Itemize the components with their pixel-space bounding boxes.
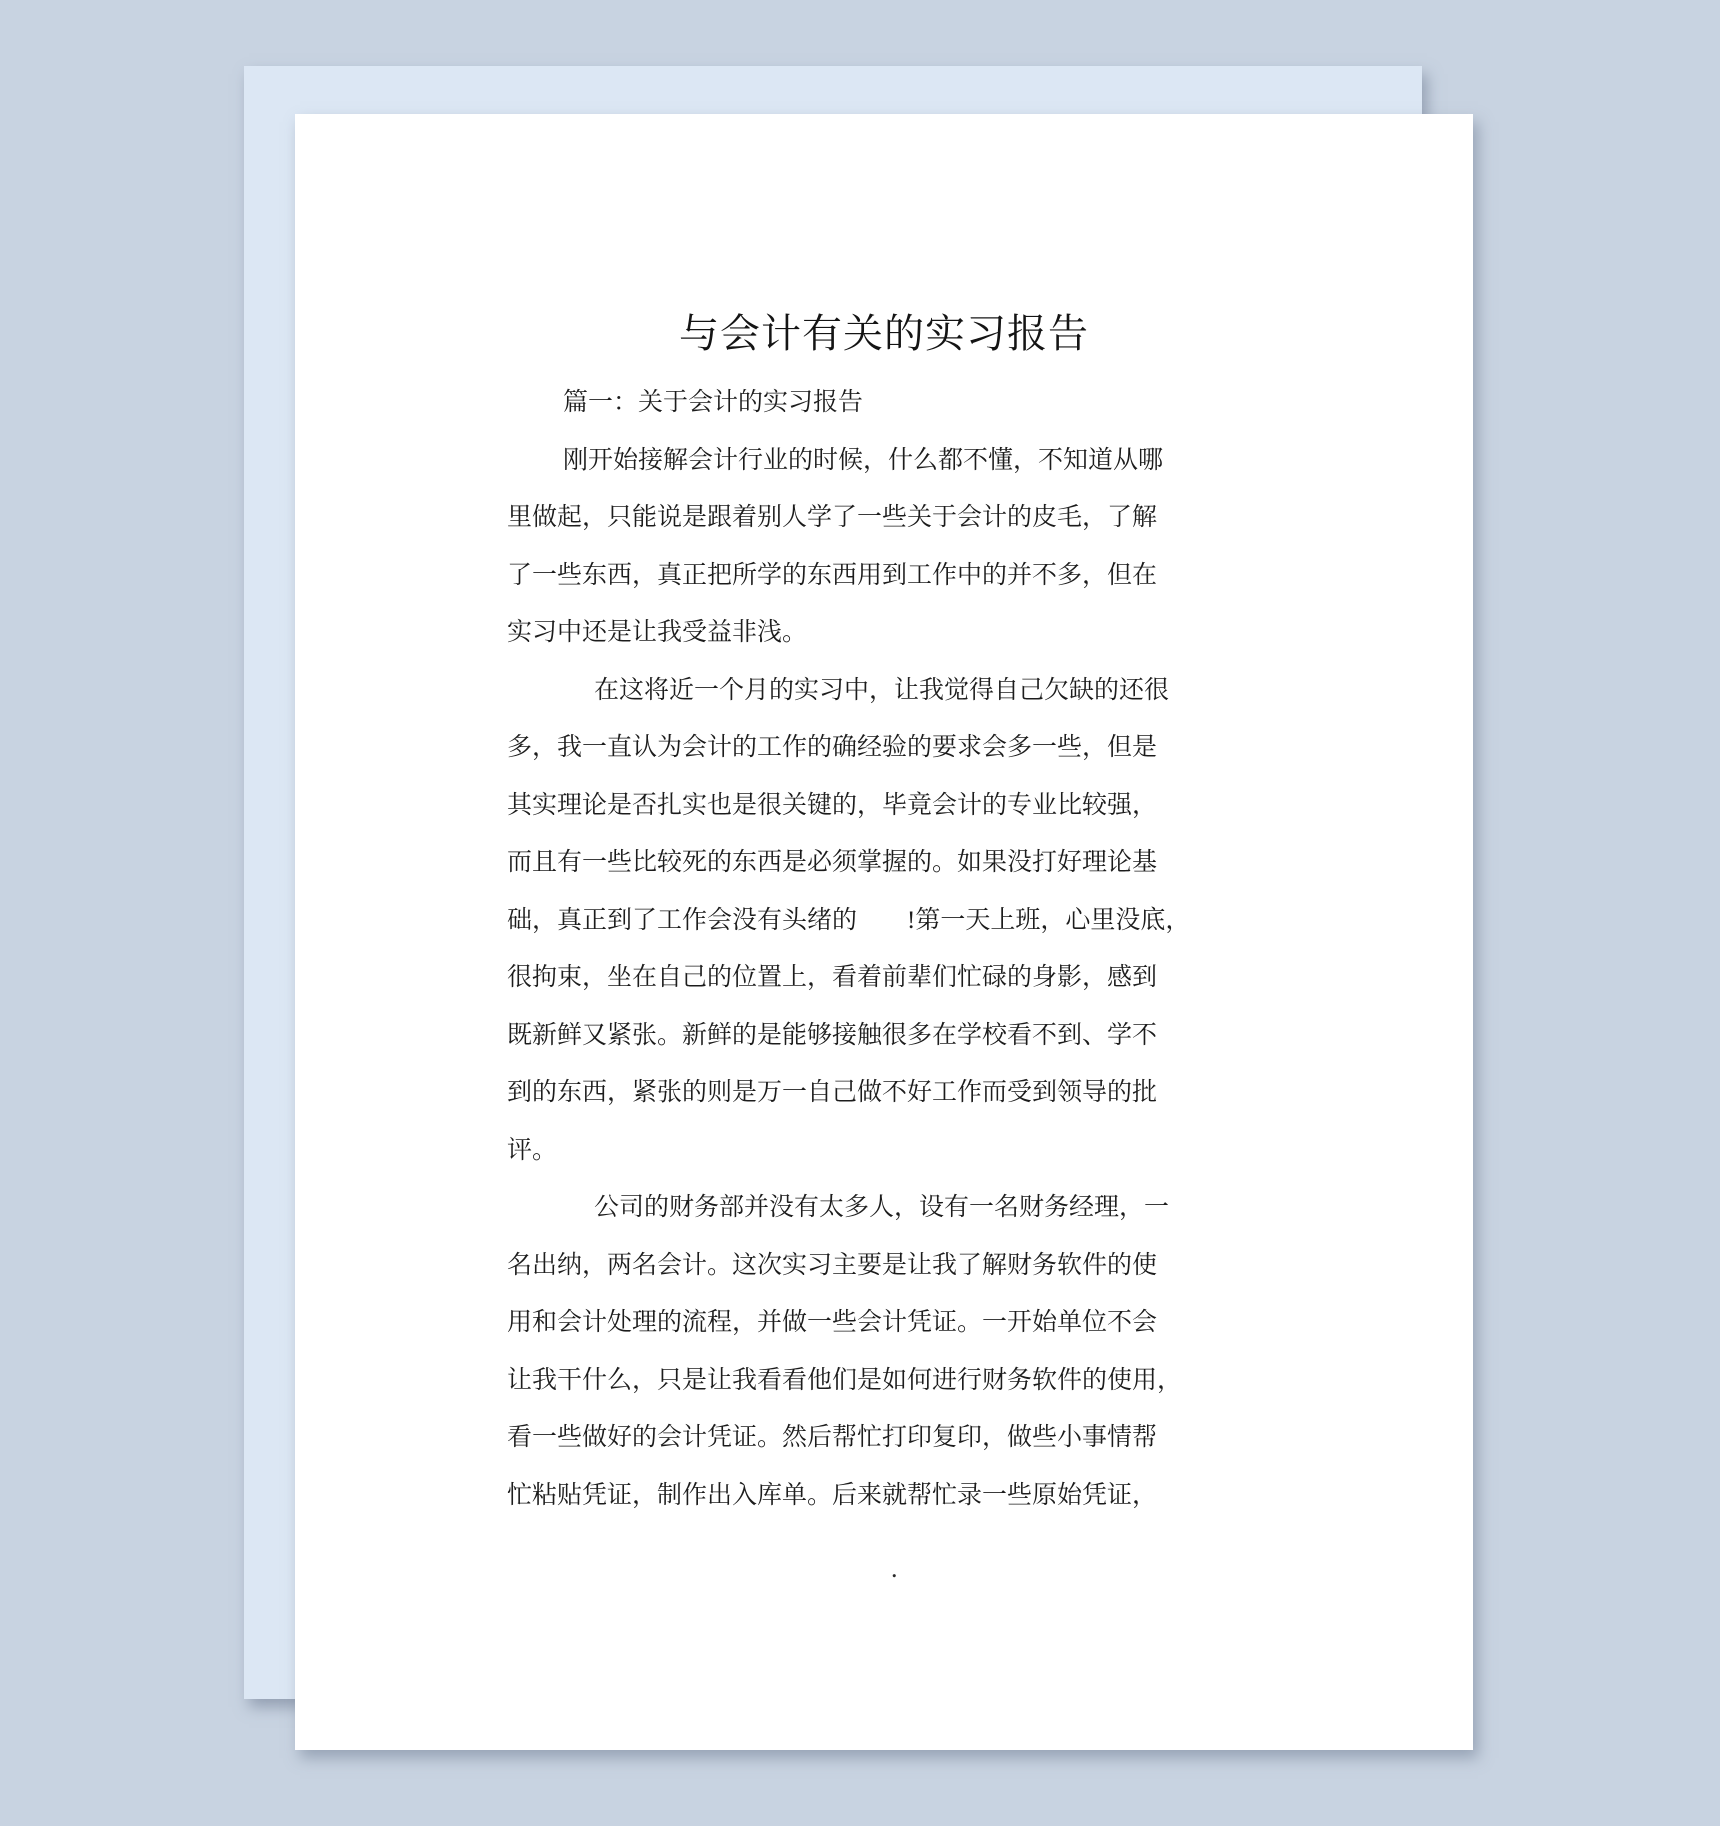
text-line: 名出纳，两名会计。这次实习主要是让我了解财务软件的使 <box>507 1237 1227 1295</box>
text-line: 实习中还是让我受益非浅。 <box>507 604 1227 662</box>
text-line: 用和会计处理的流程，并做一些会计凭证。一开始单位不会 <box>507 1294 1227 1352</box>
document-title: 与会计有关的实习报告 <box>295 304 1473 364</box>
text-line: 了一些东西，真正把所学的东西用到工作中的并不多，但在 <box>507 547 1227 605</box>
text-line: 础，真正到了工作会没有头绪的 !第一天上班，心里没底， <box>507 892 1227 950</box>
document-body: 篇一：关于会计的实习报告刚开始接解会计行业的时候，什么都不懂，不知道从哪里做起，… <box>507 374 1227 1524</box>
text-line: 忙粘贴凭证，制作出入库单。后来就帮忙录一些原始凭证， <box>507 1467 1227 1525</box>
text-line: 让我干什么，只是让我看看他们是如何进行财务软件的使用， <box>507 1352 1227 1410</box>
text-line: 篇一：关于会计的实习报告 <box>507 374 1227 432</box>
front-sheet: 与会计有关的实习报告 篇一：关于会计的实习报告刚开始接解会计行业的时候，什么都不… <box>295 114 1473 1750</box>
text-line: 既新鲜又紧张。新鲜的是能够接触很多在学校看不到、学不 <box>507 1007 1227 1065</box>
text-line: 刚开始接解会计行业的时候，什么都不懂，不知道从哪 <box>507 432 1227 490</box>
text-line: 里做起，只能说是跟着别人学了一些关于会计的皮毛，了解 <box>507 489 1227 547</box>
text-line: 到的东西，紧张的则是万一自己做不好工作而受到领导的批 <box>507 1064 1227 1122</box>
text-line: 其实理论是否扎实也是很关键的，毕竟会计的专业比较强， <box>507 777 1227 835</box>
stray-period-mark: . <box>891 1556 911 1582</box>
text-line: 很拘束，坐在自己的位置上，看着前辈们忙碌的身影，感到 <box>507 949 1227 1007</box>
desktop-background: 与会计有关的实习报告 篇一：关于会计的实习报告刚开始接解会计行业的时候，什么都不… <box>0 0 1720 1826</box>
text-line: 公司的财务部并没有太多人，设有一名财务经理，一 <box>507 1179 1227 1237</box>
text-line: 多，我一直认为会计的工作的确经验的要求会多一些，但是 <box>507 719 1227 777</box>
text-line: 看一些做好的会计凭证。然后帮忙打印复印，做些小事情帮 <box>507 1409 1227 1467</box>
text-line: 而且有一些比较死的东西是必须掌握的。如果没打好理论基 <box>507 834 1227 892</box>
text-line: 评。 <box>507 1122 1227 1180</box>
text-line: 在这将近一个月的实习中，让我觉得自己欠缺的还很 <box>507 662 1227 720</box>
